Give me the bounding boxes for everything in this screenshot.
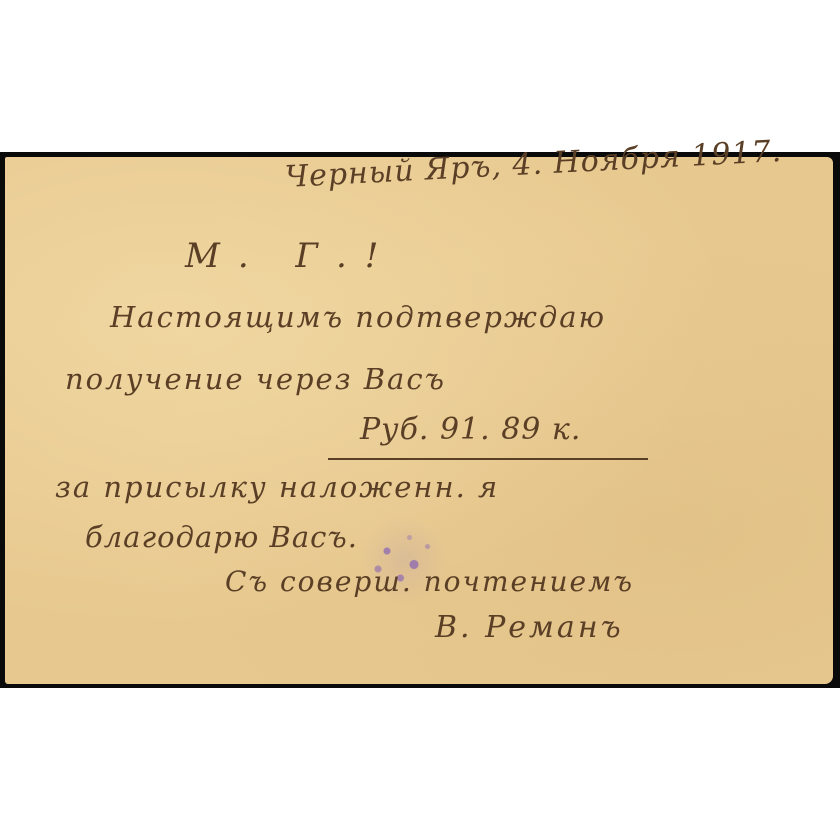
closing-line: Съ соверш. почтениемъ xyxy=(225,565,634,598)
amount-underline xyxy=(328,458,648,460)
salutation: М. Г.! xyxy=(185,236,396,276)
body-line-4: благодарю Васъ. xyxy=(85,520,358,554)
signature: В. Реманъ xyxy=(435,610,624,645)
amount-line: Руб. 91. 89 к. xyxy=(360,412,581,447)
body-line-3: за присылку наложенн. я xyxy=(55,470,499,504)
body-line-1: Настоящимъ подтверждаю xyxy=(110,300,606,334)
body-line-2: получение через Васъ xyxy=(65,362,446,396)
